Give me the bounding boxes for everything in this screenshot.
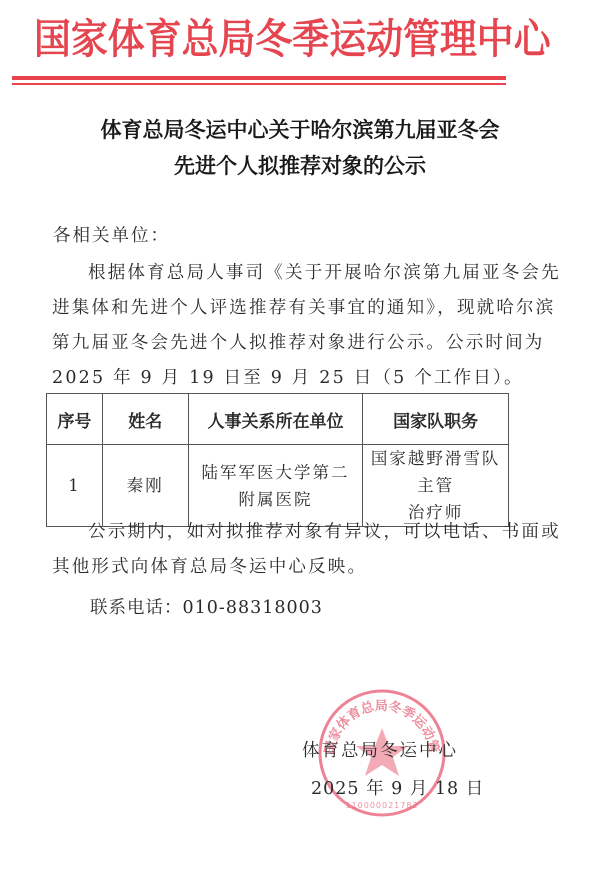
column-header-index: 序号: [47, 394, 103, 445]
svg-text:110000021782: 110000021782: [345, 801, 418, 810]
table-header-row: 序号 姓名 人事关系所在单位 国家队职务: [47, 394, 509, 445]
paragraph-objection: 公示期内，如对拟推荐对象有异议，可以电话、书面或 其他形式向体育总局冬运中心反映…: [52, 515, 552, 585]
paragraph-line: 第九届亚冬会先进个人拟推荐对象进行公示。公示时间为: [52, 326, 552, 361]
column-header-role: 国家队职务: [363, 394, 509, 445]
cell-unit-line: 附属医院: [189, 486, 363, 513]
column-header-name: 姓名: [102, 394, 188, 445]
paragraph-line: 进集体和先进个人评选推荐有关事宜的通知》，现就哈尔滨: [52, 291, 552, 326]
document-title-line2: 先进个人拟推荐对象的公示: [0, 150, 600, 180]
paragraph-announcement: 根据体育总局人事司《关于开展哈尔滨第九届亚冬会先 进集体和先进个人评选推荐有关事…: [52, 256, 552, 396]
nominee-table: 序号 姓名 人事关系所在单位 国家队职务 1 秦刚 陆军军医大学第二 附属医院 …: [46, 393, 509, 527]
salutation: 各相关单位：: [53, 222, 170, 247]
letterhead-rule-thick: [12, 76, 506, 80]
paragraph-line: 其他形式向体育总局冬运中心反映。: [52, 550, 552, 585]
paragraph-line: 公示期内，如对拟推荐对象有异议，可以电话、书面或: [52, 515, 552, 550]
letterhead-rule-thin: [12, 83, 506, 85]
letterhead: 国家体育总局冬季运动管理中心: [0, 0, 600, 100]
paragraph-line: 根据体育总局人事司《关于开展哈尔滨第九届亚冬会先: [52, 256, 552, 291]
document-title-line1: 体育总局冬运中心关于哈尔滨第九届亚冬会: [0, 114, 600, 144]
cell-role-line: 国家越野滑雪队主管: [363, 445, 508, 499]
contact-phone: 联系电话：010-88318003: [90, 594, 323, 619]
cell-unit-line: 陆军军医大学第二: [189, 459, 363, 486]
paragraph-line: 2025 年 9 月 19 日至 9 月 25 日（5 个工作日）。: [52, 361, 552, 396]
signature-org: 体育总局冬运中心: [302, 737, 458, 762]
column-header-unit: 人事关系所在单位: [188, 394, 363, 445]
signature-date: 2025 年 9 月 18 日: [311, 775, 484, 800]
letterhead-org-name: 国家体育总局冬季运动管理中心: [34, 14, 520, 64]
